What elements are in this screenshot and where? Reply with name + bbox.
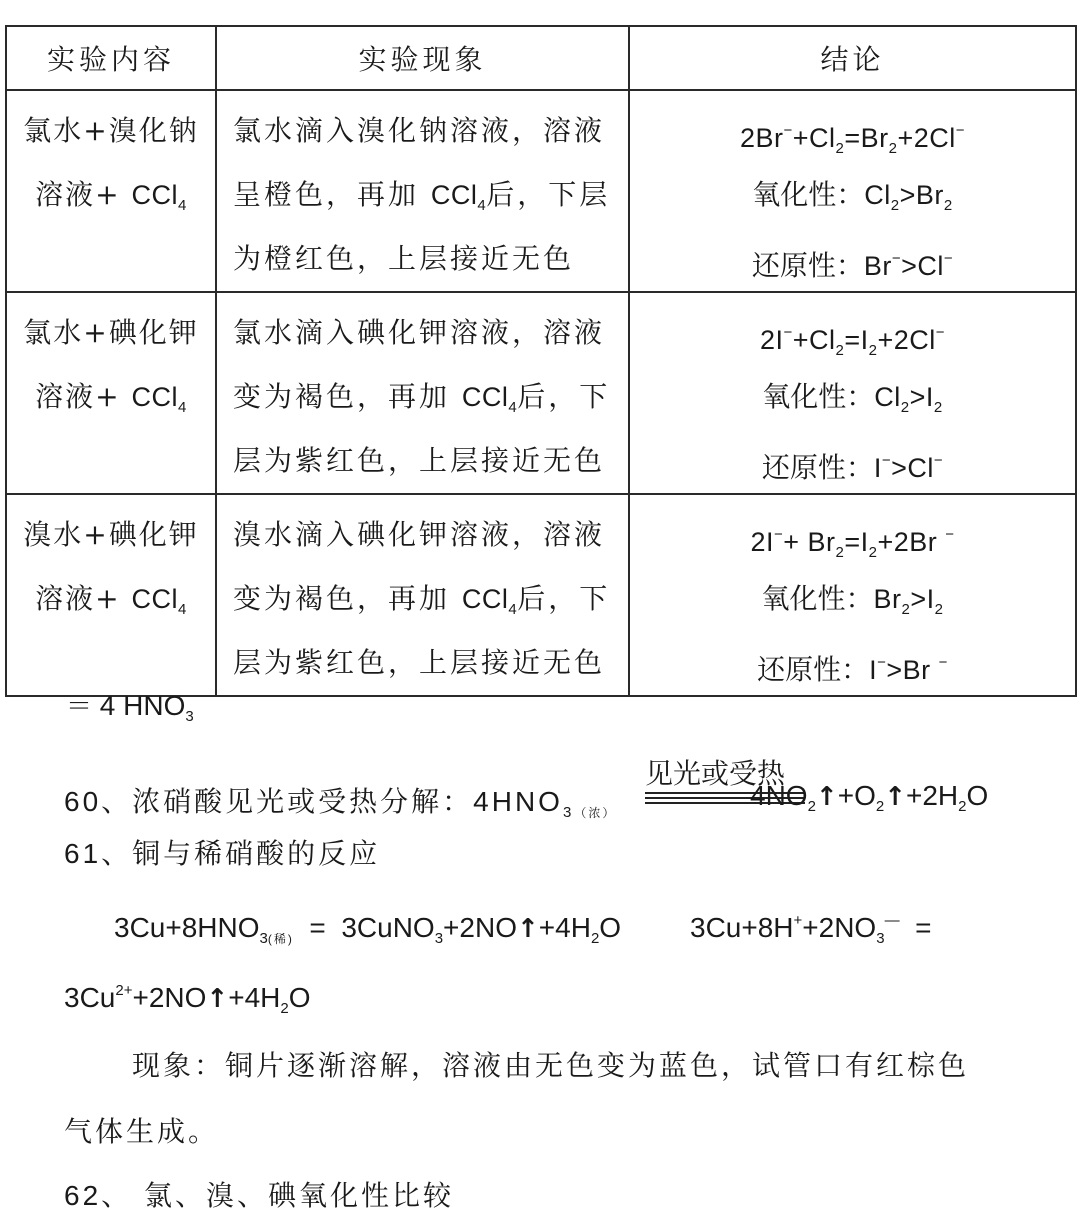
cell-phenomenon: 溴水滴入碘化钾溶液，溶液 变为褐色，再加 CCl4后，下 层为紫红色，上层接近无… (216, 494, 629, 696)
equation-tail-hno3: ＝ 4 HNO3 (66, 686, 194, 725)
content-line: 氯水+碘化钾 (7, 301, 215, 365)
item-61-equation-ionic-right: 3Cu2++2NO↑+4H2O (64, 982, 311, 1017)
cell-content: 溴水+碘化钾 溶液+ CCl4 (6, 494, 216, 696)
item-61-equation-ionic-left: 3Cu+8H++2NO3— = (690, 912, 931, 947)
conclusion-reducing: 还原性：I−>Br − (630, 631, 1075, 695)
conclusion-reducing: 还原性：Br−>Cl− (630, 227, 1075, 291)
phenomenon-line: 层为紫红色，上层接近无色 (233, 429, 628, 493)
cell-content: 氯水+溴化钠 溶液+ CCl4 (6, 90, 216, 292)
conclusion-reducing: 还原性：I−>Cl− (630, 429, 1075, 493)
item-61-equation-molecular: 3Cu+8HNO3(稀) = 3CuNO3+2NO↑+4H2O (114, 912, 621, 947)
header-conclusion: 结论 (629, 26, 1076, 90)
item-61-phenomenon-line1: 现象：铜片逐渐溶解，溶液由无色变为蓝色，试管口有红棕色 (132, 1044, 969, 1084)
conclusion-equation: 2I−+ Br2=I2+2Br − (630, 503, 1075, 567)
phenomenon-line: 氯水滴入碘化钾溶液，溶液 (233, 301, 628, 365)
item-61-label: 61、铜与稀硝酸的反应 (64, 832, 380, 872)
conclusion-oxidizing: 氧化性：Cl2>I2 (630, 365, 1075, 429)
table-row: 氯水+碘化钾 溶液+ CCl4 氯水滴入碘化钾溶液，溶液 变为褐色，再加 CCl… (6, 292, 1076, 494)
phenomenon-line: 为橙红色，上层接近无色 (233, 227, 628, 291)
content-line: 氯水+溴化钠 (7, 99, 215, 163)
content-line: 溴水+碘化钾 (7, 503, 215, 567)
conclusion-equation: 2Br−+Cl2=Br2+2Cl− (630, 99, 1075, 163)
item-60-label: 60、浓硝酸见光或受热分解：4HNO3（浓） (64, 780, 616, 821)
table-row: 溴水+碘化钾 溶液+ CCl4 溴水滴入碘化钾溶液，溶液 变为褐色，再加 CCl… (6, 494, 1076, 696)
item-61-phenomenon-line2: 气体生成。 (64, 1110, 219, 1150)
halogen-experiment-table: 实验内容 实验现象 结论 氯水+溴化钠 溶液+ CCl4 氯水滴入溴化钠溶液，溶… (5, 25, 1077, 697)
header-content: 实验内容 (6, 26, 216, 90)
cell-conclusion: 2I−+Cl2=I2+2Cl− 氧化性：Cl2>I2 还原性：I−>Cl− (629, 292, 1076, 494)
item-62-label: 62、 氯、溴、碘氧化性比较 (64, 1174, 454, 1209)
cell-conclusion: 2Br−+Cl2=Br2+2Cl− 氧化性：Cl2>Br2 还原性：Br−>Cl… (629, 90, 1076, 292)
phenomenon-line: 氯水滴入溴化钠溶液，溶液 (233, 99, 628, 163)
table-row: 氯水+溴化钠 溶液+ CCl4 氯水滴入溴化钠溶液，溶液 呈橙色，再加 CCl4… (6, 90, 1076, 292)
cell-content: 氯水+碘化钾 溶液+ CCl4 (6, 292, 216, 494)
cell-conclusion: 2I−+ Br2=I2+2Br − 氧化性：Br2>I2 还原性：I−>Br − (629, 494, 1076, 696)
phenomenon-line: 层为紫红色，上层接近无色 (233, 631, 628, 695)
item-60-products: 4NO2↑+O2↑+2H2O (750, 780, 988, 815)
content-line: 溶液+ CCl4 (7, 163, 215, 227)
conclusion-oxidizing: 氧化性：Cl2>Br2 (630, 163, 1075, 227)
content-line: 溶液+ CCl4 (7, 567, 215, 631)
phenomenon-line: 溴水滴入碘化钾溶液，溶液 (233, 503, 628, 567)
cell-phenomenon: 氯水滴入溴化钠溶液，溶液 呈橙色，再加 CCl4后，下层 为橙红色，上层接近无色 (216, 90, 629, 292)
content-line: 溶液+ CCl4 (7, 365, 215, 429)
header-phenomenon: 实验现象 (216, 26, 629, 90)
cell-phenomenon: 氯水滴入碘化钾溶液，溶液 变为褐色，再加 CCl4后，下 层为紫红色，上层接近无… (216, 292, 629, 494)
conclusion-oxidizing: 氧化性：Br2>I2 (630, 567, 1075, 631)
table-header-row: 实验内容 实验现象 结论 (6, 26, 1076, 90)
conclusion-equation: 2I−+Cl2=I2+2Cl− (630, 301, 1075, 365)
phenomenon-line: 变为褐色，再加 CCl4后，下 (233, 365, 628, 429)
phenomenon-line: 变为褐色，再加 CCl4后，下 (233, 567, 628, 631)
phenomenon-line: 呈橙色，再加 CCl4后，下层 (233, 163, 628, 227)
